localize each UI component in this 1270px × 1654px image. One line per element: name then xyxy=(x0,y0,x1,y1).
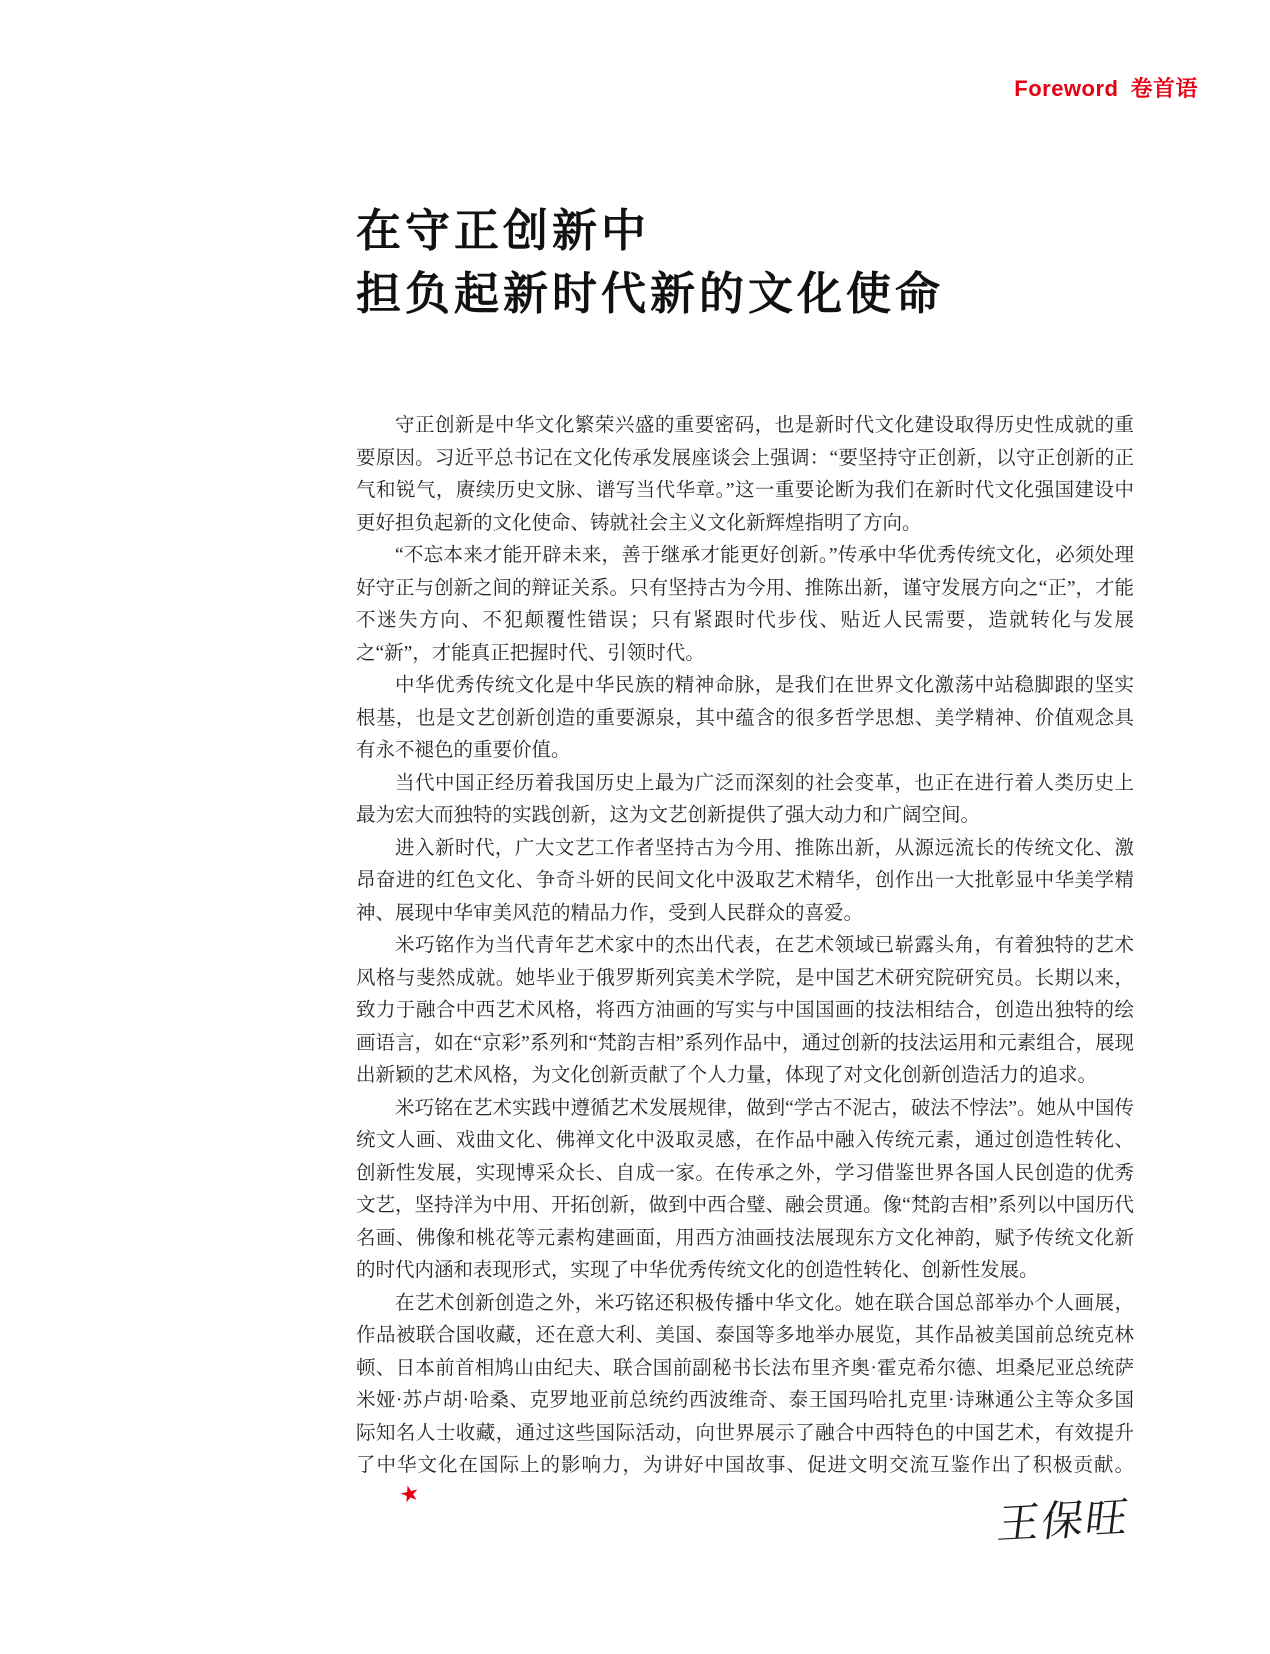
foreword-page: Foreword 卷首语 在守正创新中 担负起新时代新的文化使命 守正创新是中华… xyxy=(0,0,1270,1654)
article-body: 守正创新是中华文化繁荣兴盛的重要密码，也是新时代文化建设取得历史性成就的重要原因… xyxy=(356,410,1134,1515)
paragraph-3: 中华优秀传统文化是中华民族的精神命脉，是我们在世界文化激荡中站稳脚跟的坚实根基，… xyxy=(356,670,1134,768)
paragraph-7: 米巧铭在艺术实践中遵循艺术发展规律，做到“学古不泥古，破法不悖法”。她从中国传统… xyxy=(356,1093,1134,1288)
page-title-line-2: 担负起新时代新的文化使命 xyxy=(356,263,944,326)
paragraph-4: 当代中国正经历着我国历史上最为广泛而深刻的社会变革，也正在进行着人类历史上最为宏… xyxy=(356,768,1134,833)
section-label: Foreword 卷首语 xyxy=(1014,72,1198,103)
paragraph-6: 米巧铭作为当代青年艺术家中的杰出代表，在艺术领域已崭露头角，有着独特的艺术风格与… xyxy=(356,930,1134,1093)
red-star-icon: ★ xyxy=(360,1481,422,1517)
page-title-line-1: 在守正创新中 xyxy=(356,200,944,263)
paragraph-8-text: 在艺术创新创造之外，米巧铭还积极传播中华文化。她在联合国总部举办个人画展，作品被… xyxy=(356,1293,1134,1477)
page-title: 在守正创新中 担负起新时代新的文化使命 xyxy=(356,200,944,326)
paragraph-1: 守正创新是中华文化繁荣兴盛的重要密码，也是新时代文化建设取得历史性成就的重要原因… xyxy=(356,410,1134,540)
section-label-zh: 卷首语 xyxy=(1130,72,1198,103)
paragraph-2: “不忘本来才能开辟未来，善于继承才能更好创新。”传承中华优秀传统文化，必须处理好… xyxy=(356,540,1134,670)
paragraph-8: 在艺术创新创造之外，米巧铭还积极传播中华文化。她在联合国总部举办个人画展，作品被… xyxy=(356,1288,1134,1516)
section-label-en: Foreword xyxy=(1014,76,1118,102)
author-signature: 王保旺 xyxy=(994,1484,1133,1551)
paragraph-5: 进入新时代，广大文艺工作者坚持古为今用、推陈出新，从源远流长的传统文化、激昂奋进… xyxy=(356,833,1134,931)
